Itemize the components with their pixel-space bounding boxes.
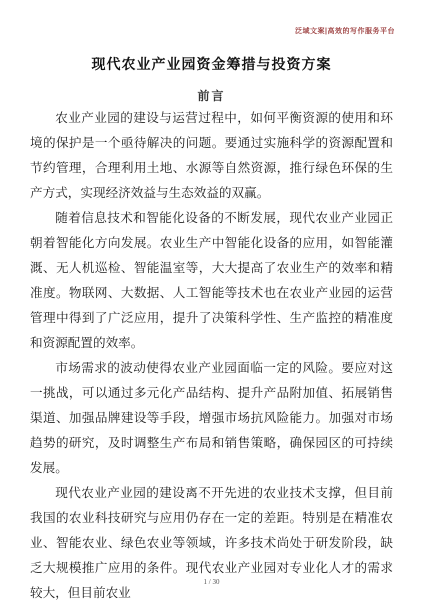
page-number-indicator: 1 / 30 (0, 578, 423, 586)
paragraph: 农业产业园的建设与运营过程中，如何平衡资源的使用和环境的保护是一个亟待解决的问题… (30, 106, 393, 206)
paragraph: 随着信息技术和智能化设备的不断发展，现代农业产业园正朝着智能化方向发展。农业生产… (30, 206, 393, 356)
document-title: 现代农业产业园资金筹措与投资方案 (0, 54, 423, 74)
document-body: 农业产业园的建设与运营过程中，如何平衡资源的使用和环境的保护是一个亟待解决的问题… (30, 106, 393, 600)
watermark-brand: 泛域文案|高效的写作服务平台 (295, 26, 395, 36)
document-page: 泛域文案|高效的写作服务平台 现代农业产业园资金筹措与投资方案 前言 农业产业园… (0, 0, 423, 600)
section-heading-preface: 前言 (0, 87, 423, 104)
paragraph: 市场需求的波动使得农业产业园面临一定的风险。要应对这一挑战，可以通过多元化产品结… (30, 356, 393, 481)
